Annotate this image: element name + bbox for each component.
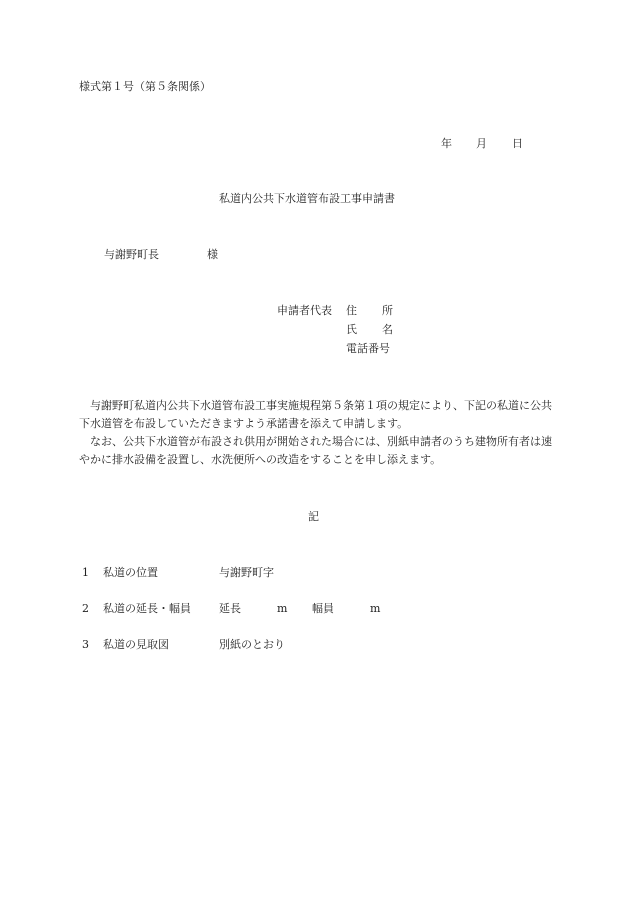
date-year: 年 — [441, 137, 452, 151]
item-value: 別紙のとおり — [219, 638, 285, 652]
item-number: 3 — [82, 638, 89, 652]
length-unit: m — [277, 602, 287, 616]
addressee-honorific: 様 — [207, 248, 218, 262]
ki-heading: 記 — [308, 510, 319, 524]
addressee-name: 与謝野町長 — [104, 248, 159, 262]
address-label-1: 住 — [346, 304, 357, 318]
width-label: 幅員 — [312, 602, 334, 616]
name-label-1: 氏 — [346, 323, 357, 337]
date-day: 日 — [512, 137, 523, 151]
item-label: 私道の位置 — [103, 566, 158, 580]
address-label-2: 所 — [382, 304, 393, 318]
document-title: 私道内公共下水道管布設工事申請書 — [219, 192, 395, 206]
form-number: 様式第１号（第５条関係） — [79, 80, 211, 94]
length-label: 延長 — [219, 602, 241, 616]
name-label-2: 名 — [382, 323, 393, 337]
width-unit: m — [370, 602, 380, 616]
item-label: 私道の延長・幅員 — [103, 602, 191, 616]
body-text: 与謝野町私道内公共下水道管布設工事実施規程第５条第１項の規定により、下記の私道に… — [79, 397, 554, 469]
item-number: 1 — [82, 566, 89, 580]
body-paragraph-2: なお、公共下水道管が布設され供用が開始された場合には、別紙申請者のうち建物所有者… — [79, 433, 554, 469]
date-month: 月 — [476, 137, 487, 151]
body-paragraph-1: 与謝野町私道内公共下水道管布設工事実施規程第５条第１項の規定により、下記の私道に… — [79, 397, 554, 433]
item-value: 与謝野町字 — [219, 566, 274, 580]
phone-label: 電話番号 — [346, 342, 390, 356]
item-label: 私道の見取図 — [103, 638, 169, 652]
applicant-label: 申請者代表 — [277, 304, 332, 318]
item-number: 2 — [82, 602, 89, 616]
